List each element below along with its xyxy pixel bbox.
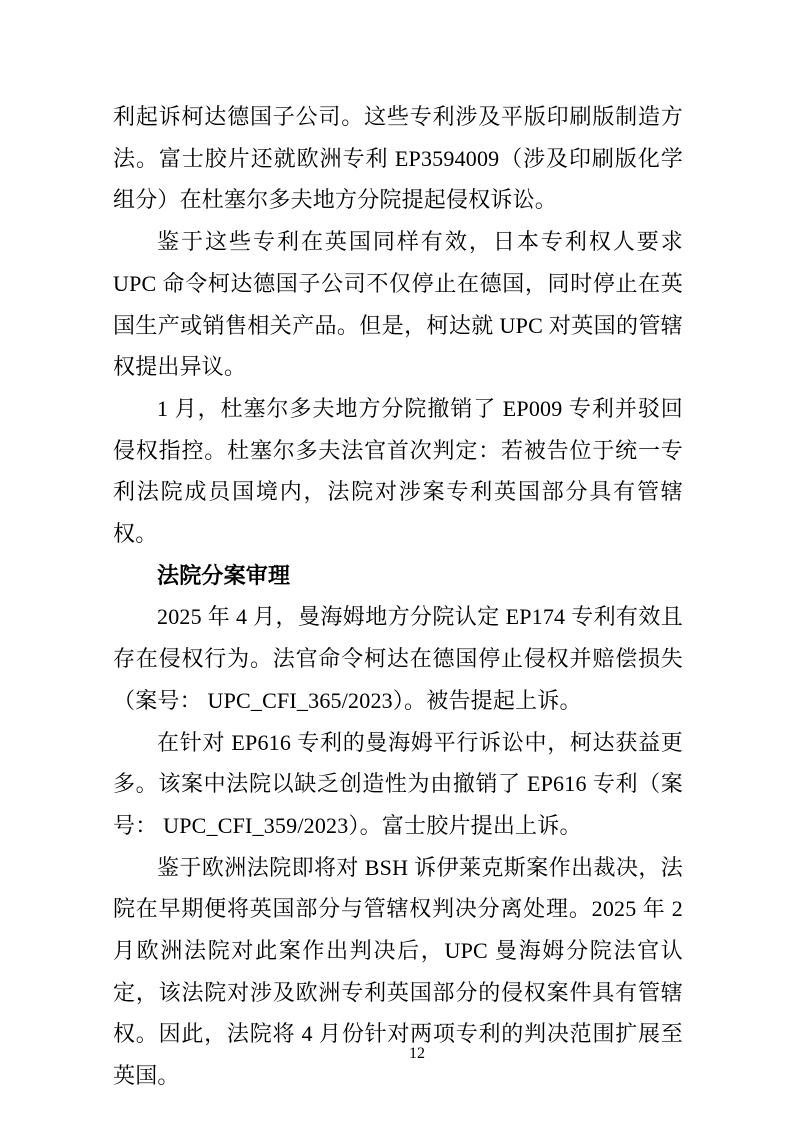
- paragraph-bsh-electrolux: 鉴于欧洲法院即将对 BSH 诉伊莱克斯案作出裁决，法院在早期便将英国部分与管辖权…: [113, 847, 683, 1097]
- paragraph-mannheim-ep616: 在针对 EP616 专利的曼海姆平行诉讼中，柯达获益更多。该案中法院以缺乏创造性…: [113, 722, 683, 847]
- paragraph-dusseldorf-ruling: 1 月，杜塞尔多夫地方分院撤销了 EP009 专利并驳回侵权指控。杜塞尔多夫法官…: [113, 388, 683, 555]
- paragraph-mannheim-ep174: 2025 年 4 月，曼海姆地方分院认定 EP174 专利有效且存在侵权行为。法…: [113, 596, 683, 721]
- section-heading-split-proceedings: 法院分案审理: [113, 555, 683, 597]
- document-page: 利起诉柯达德国子公司。这些专利涉及平版印刷版制造方法。富士胶片还就欧洲专利 EP…: [0, 0, 793, 1122]
- page-number: 12: [409, 1045, 425, 1063]
- paragraph-continuation: 利起诉柯达德国子公司。这些专利涉及平版印刷版制造方法。富士胶片还就欧洲专利 EP…: [113, 96, 683, 221]
- text-block: 利起诉柯达德国子公司。这些专利涉及平版印刷版制造方法。富士胶片还就欧洲专利 EP…: [113, 96, 683, 1097]
- paragraph-uk-jurisdiction-objection: 鉴于这些专利在英国同样有效，日本专利权人要求 UPC 命令柯达德国子公司不仅停止…: [113, 221, 683, 388]
